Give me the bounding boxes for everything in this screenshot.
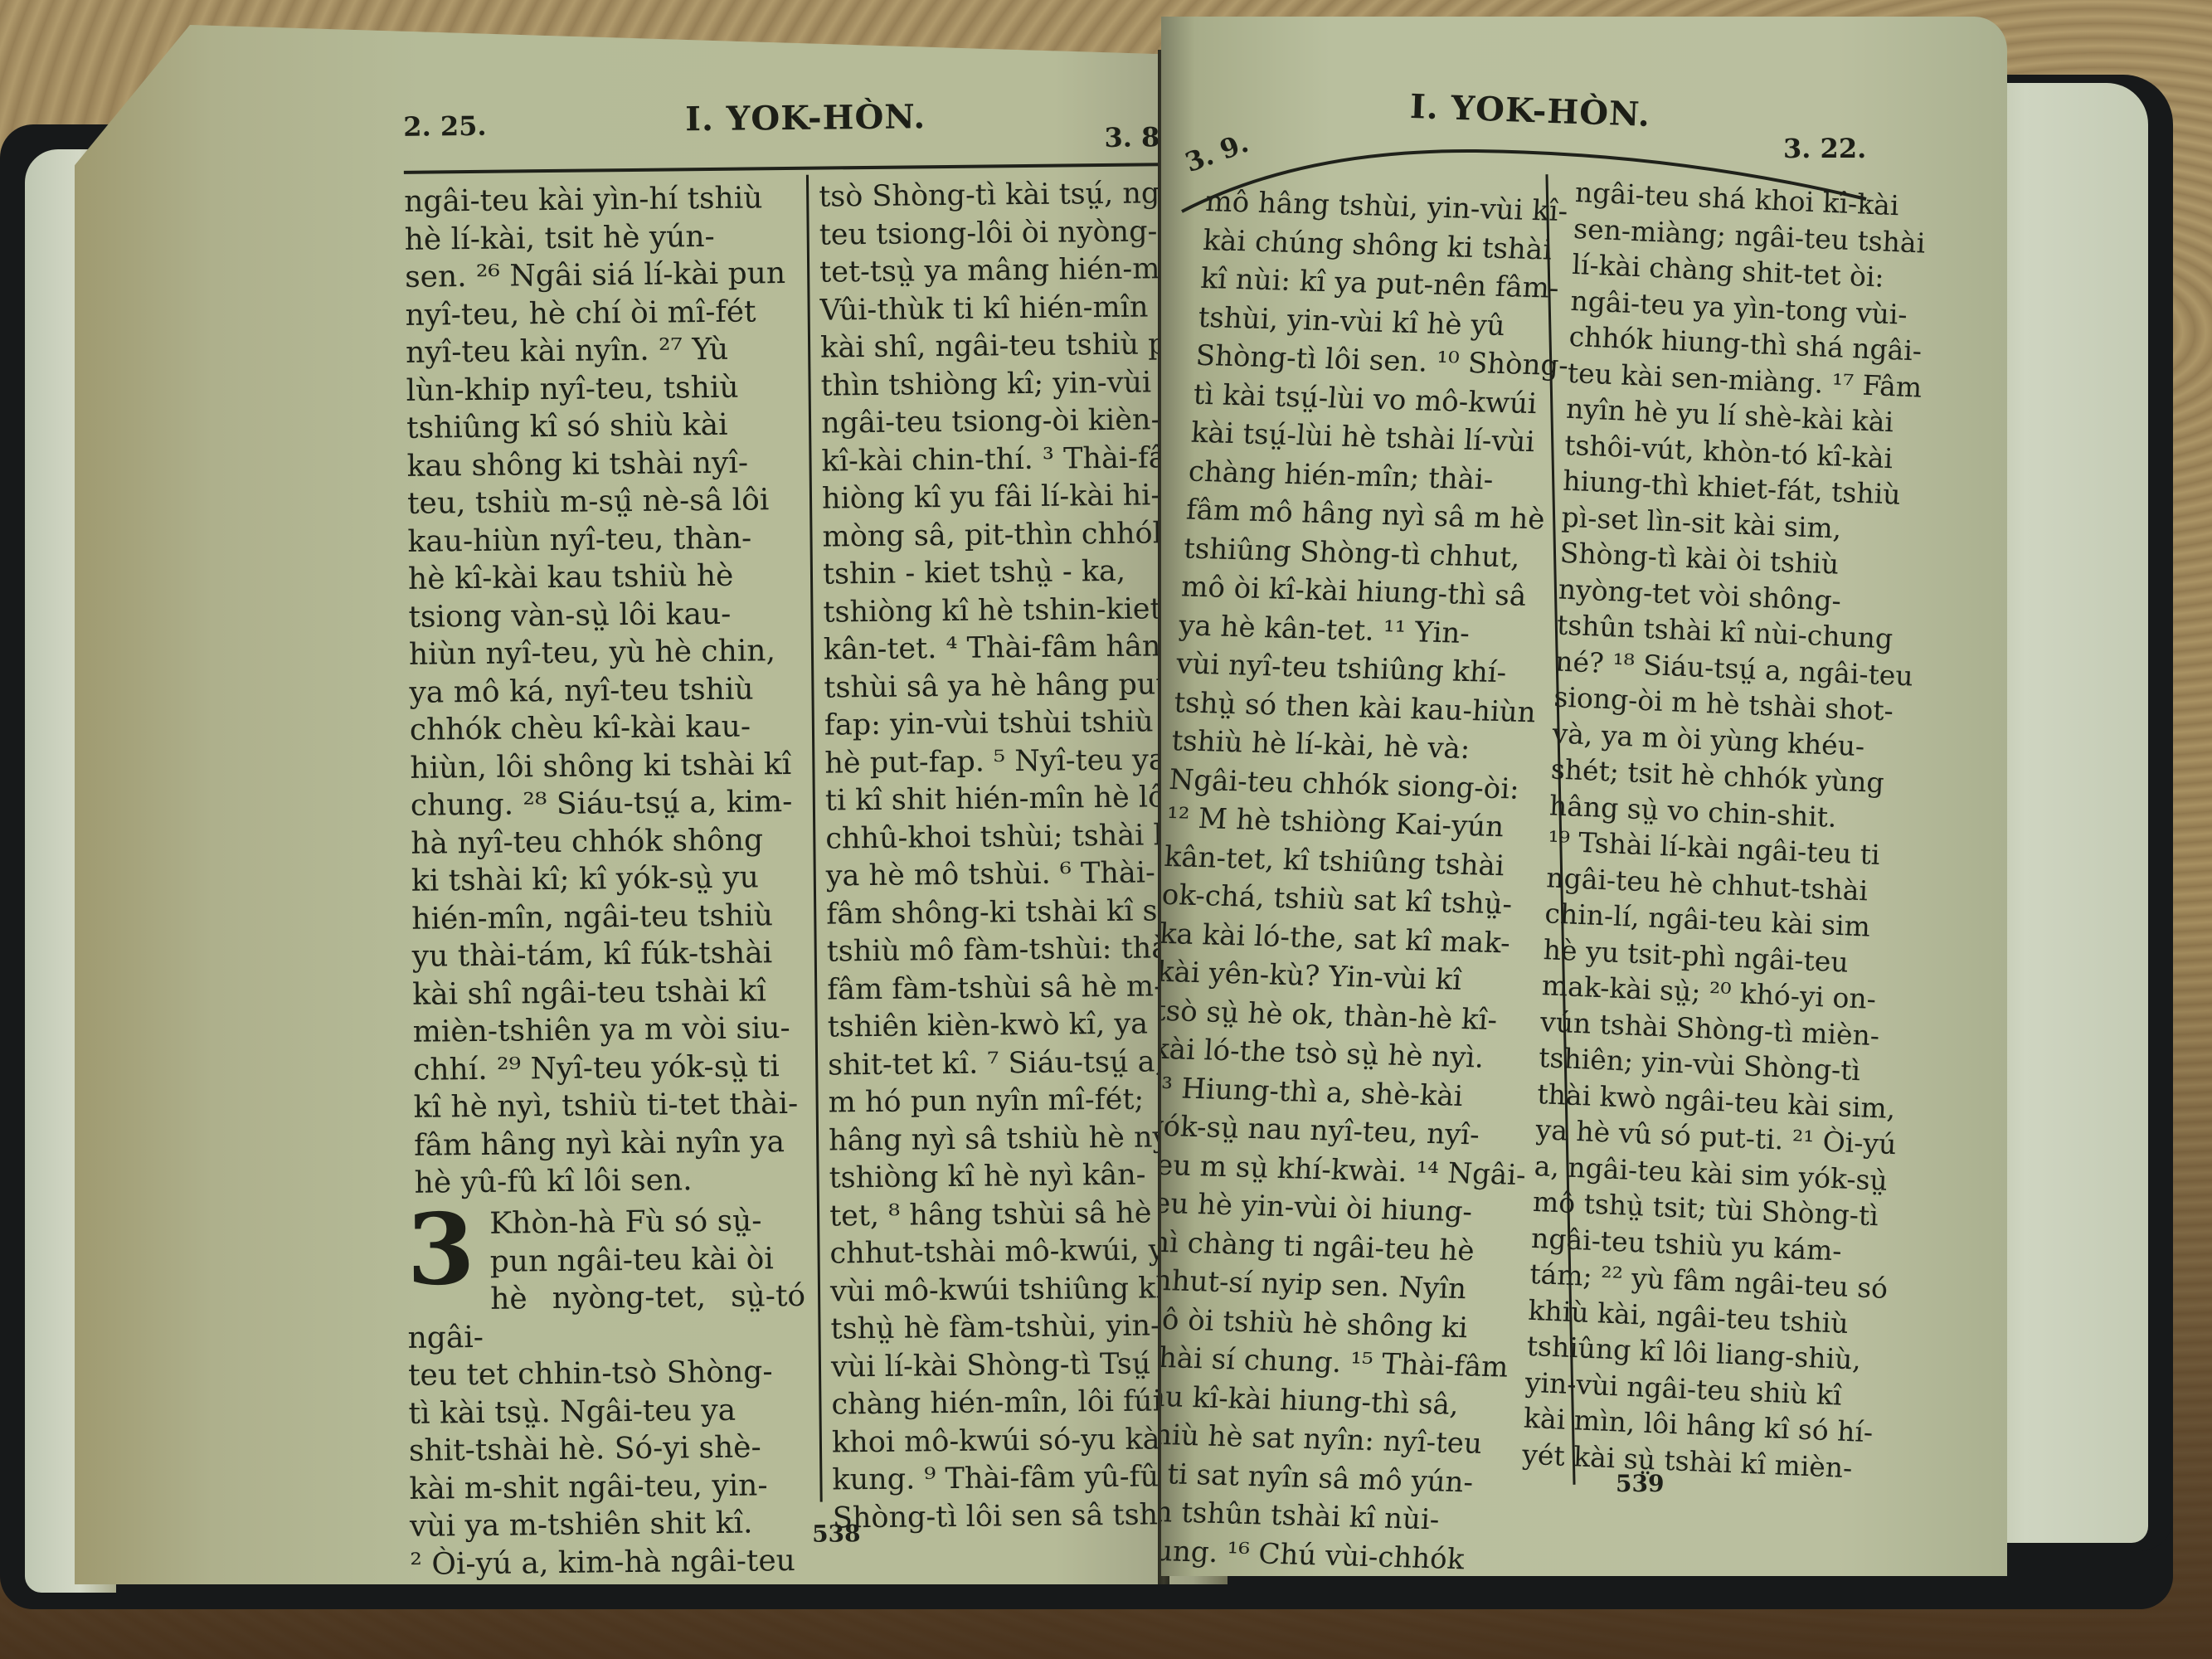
text-line: shit-tet kî. ⁷ Siáu-tsṳ́ a, xyxy=(828,1043,1193,1084)
text-line: sen. ²⁶ Ngâi siá lí-kài pun xyxy=(405,255,795,296)
text-line: vùi ya m-tshiên shit kî. xyxy=(410,1504,808,1546)
left-page-number: 538 xyxy=(812,1520,861,1548)
text-line: chung. ²⁸ Siáu-tsṳ́ a, kim- xyxy=(411,783,800,825)
text-line: chhók chèu kî-kài kau- xyxy=(410,708,800,749)
text-line: tet-tsṳ̀ ya mâng hién-mîn. xyxy=(819,251,1184,292)
text-line: Shòng-tì lôi sen sâ tshiù xyxy=(833,1496,1198,1537)
text-line: ² Òi-yú a, kim-hà ngâi-teu xyxy=(410,1541,808,1584)
text-line: hà nyî-teu chhók shông xyxy=(411,820,800,862)
text-line: hè kî-kài kau tshiù hè xyxy=(408,557,798,598)
text-line: fap: yin-vùi tshùi tshiù xyxy=(824,703,1189,745)
text-line: kài m-shit ngâi-teu, yin- xyxy=(409,1466,807,1508)
text-line: shit-tshài hè. Só-yi shè- xyxy=(409,1428,807,1471)
chapter-dropcap: 3 xyxy=(406,1209,475,1291)
text-line: teu tsiong-lôi òi nyòng- xyxy=(819,213,1184,255)
text-line: vùi lí-kài Shòng-tì Tsṳ́ xyxy=(831,1345,1196,1386)
text-line: ngâi-teu kài yìn-hí tshiù xyxy=(404,179,794,221)
text-line: kî-kài chin-thí. ³ Thài-fâm xyxy=(821,439,1186,480)
left-page-header-rule xyxy=(404,163,1175,174)
text-line: fâm shông-ki tshài kî sâ, xyxy=(826,892,1191,933)
text-line: tshiên kièn-kwò kî, ya m xyxy=(827,1005,1192,1047)
text-line: kî hè nyì, tshiù ti-tet thài- xyxy=(413,1085,803,1126)
text-line: ki tshài kî; kî yók-sṳ̀ yu xyxy=(411,859,801,900)
text-line: hiùn, lôi shông ki tshài kî xyxy=(410,745,800,786)
text-line: ya hè mô tshùi. ⁶ Thài- xyxy=(826,854,1191,896)
right-page-column-1: mô hâng tshùi, yin-vùi kî-kài chúng shôn… xyxy=(1161,182,1547,1576)
right-page-running-title: I. YOK-HÒN. xyxy=(1409,87,1650,134)
text-line: ngâi-teu tsiong-òi kièn-tó xyxy=(821,401,1186,443)
left-page-chapter-3-start: 3 Khòn-hà Fù só sṳ̀-pun ngâi-teu kài òih… xyxy=(406,1202,809,1584)
text-line: hiùn nyî-teu, yù hè chin, xyxy=(409,632,799,674)
text-line: ya mô ká, nyî-teu tshiù xyxy=(409,669,799,711)
right-page-number: 539 xyxy=(1616,1470,1664,1497)
right-page: 3. 9. I. YOK-HÒN. 3. 22. mô hâng tshùi, … xyxy=(1161,17,2007,1576)
text-line: chhut-tshài mô-kwúi, yin- xyxy=(829,1232,1194,1273)
text-line: nyî-teu, hè chí òi mî-fét xyxy=(405,292,795,333)
left-page-column-1: ngâi-teu kài yìn-hí tshiùhè lí-kài, tsit… xyxy=(404,179,805,1202)
text-line: tet, ⁸ hâng tshùi sâ hè xyxy=(829,1194,1194,1235)
text-line: fâm fàm-tshùi sâ hè m- xyxy=(827,967,1192,1009)
text-line: lùn-khip nyî-teu, tshiù xyxy=(406,367,795,409)
text-line: tshin - kiet tshṳ̀ - ka, xyxy=(823,552,1188,594)
text-line: kài shî ngâi-teu tshài kî xyxy=(412,971,802,1013)
text-line: kân-tet. ⁴ Thài-fâm hâng xyxy=(824,628,1189,669)
left-page: 2. 25. I. YOK-HÒN. 3. 8. ngâi-teu kài yì… xyxy=(75,25,1228,1584)
text-line: tsiong vàn-sṳ̀ lôi kau- xyxy=(408,594,798,635)
text-line: fâm hâng nyì kài nyîn ya xyxy=(414,1122,804,1164)
text-line: Vûi-thùk ti kî hién-mîn xyxy=(819,289,1184,330)
right-page-column-2: ngâi-teu shá khoi kî-kàisen-miàng; ngâi-… xyxy=(1521,174,1923,1486)
text-line: hè put-fap. ⁵ Nyî-teu ya xyxy=(824,741,1189,782)
text-line: chàng hién-mîn, lôi fúi- xyxy=(831,1383,1196,1424)
text-line: hè lí-kài, tsit hè yún- xyxy=(404,216,794,258)
text-line: ti kî shit hién-mîn hè lôi xyxy=(825,779,1190,820)
text-line: yu thài-tám, kî fúk-tshài xyxy=(412,934,802,975)
text-line: hâng nyì sâ tshiù hè nyì, xyxy=(829,1118,1194,1160)
text-line: m hó pun nyîn mî-fét; xyxy=(828,1081,1193,1122)
text-line: hiòng kî yu fâi lí-kài hi- xyxy=(822,477,1187,518)
text-line: tshṳ̀ hè fàm-tshùi, yin- xyxy=(830,1307,1195,1349)
text-line: tshùi sâ ya hè hâng put- xyxy=(824,665,1189,707)
text-line: tshiòng kî hè nyì kân- xyxy=(829,1156,1194,1198)
text-line: hién-mîn, ngâi-teu tshiù xyxy=(411,896,801,937)
left-page-column-2: tsò Shòng-tì kài tsṳ́, ngâi-teu tsiong-l… xyxy=(819,175,1198,1538)
text-line: khoi mô-kwúi só-yu kài xyxy=(832,1420,1197,1462)
left-page-running-title: I. YOK-HÒN. xyxy=(685,97,926,139)
text-line: mòng sâ, pit-thìn chhók xyxy=(822,514,1187,556)
text-line: teu, tshiù m-sṳ̂ nè-sâ lôi xyxy=(407,481,797,523)
text-line: tshiòng kî hè tshin-kiet xyxy=(823,590,1188,631)
text-line: tì kài tsṳ̀. Ngâi-teu ya xyxy=(408,1390,806,1433)
text-line: kau-hiùn nyî-teu, thàn- xyxy=(407,518,797,560)
text-line: thìn tshiòng kî; yin-vùi xyxy=(820,363,1185,405)
text-line: kung. ⁹ Thài-fâm yû-fû xyxy=(832,1458,1197,1500)
text-line: teu tet chhin-tsò Shòng- xyxy=(408,1353,806,1395)
text-line: nyî-teu kài nyîn. ²⁷ Yù xyxy=(406,330,795,372)
text-line: tsò Shòng-tì kài tsṳ́, ngâi- xyxy=(819,175,1184,216)
text-line: mièn-tshiên ya m vòi siu- xyxy=(413,1010,803,1051)
text-line: kau shông ki tshài nyî- xyxy=(406,443,796,484)
left-page-chapter-ref-start: 2. 25. xyxy=(403,110,487,143)
text-line: vùi mô-kwúi tshiûng khí- xyxy=(830,1269,1195,1311)
text-line: chhû-khoi tshùi; tshài kî xyxy=(825,816,1190,858)
text-line: kài shî, ngâi-teu tshiù pit- xyxy=(820,326,1185,367)
text-line: chhí. ²⁹ Nyî-teu yók-sṳ̀ ti xyxy=(413,1047,803,1088)
text-line: tshiûng kî só shiù kài xyxy=(406,406,796,447)
text-line: tshiù mô fàm-tshùi: thài- xyxy=(827,930,1192,971)
